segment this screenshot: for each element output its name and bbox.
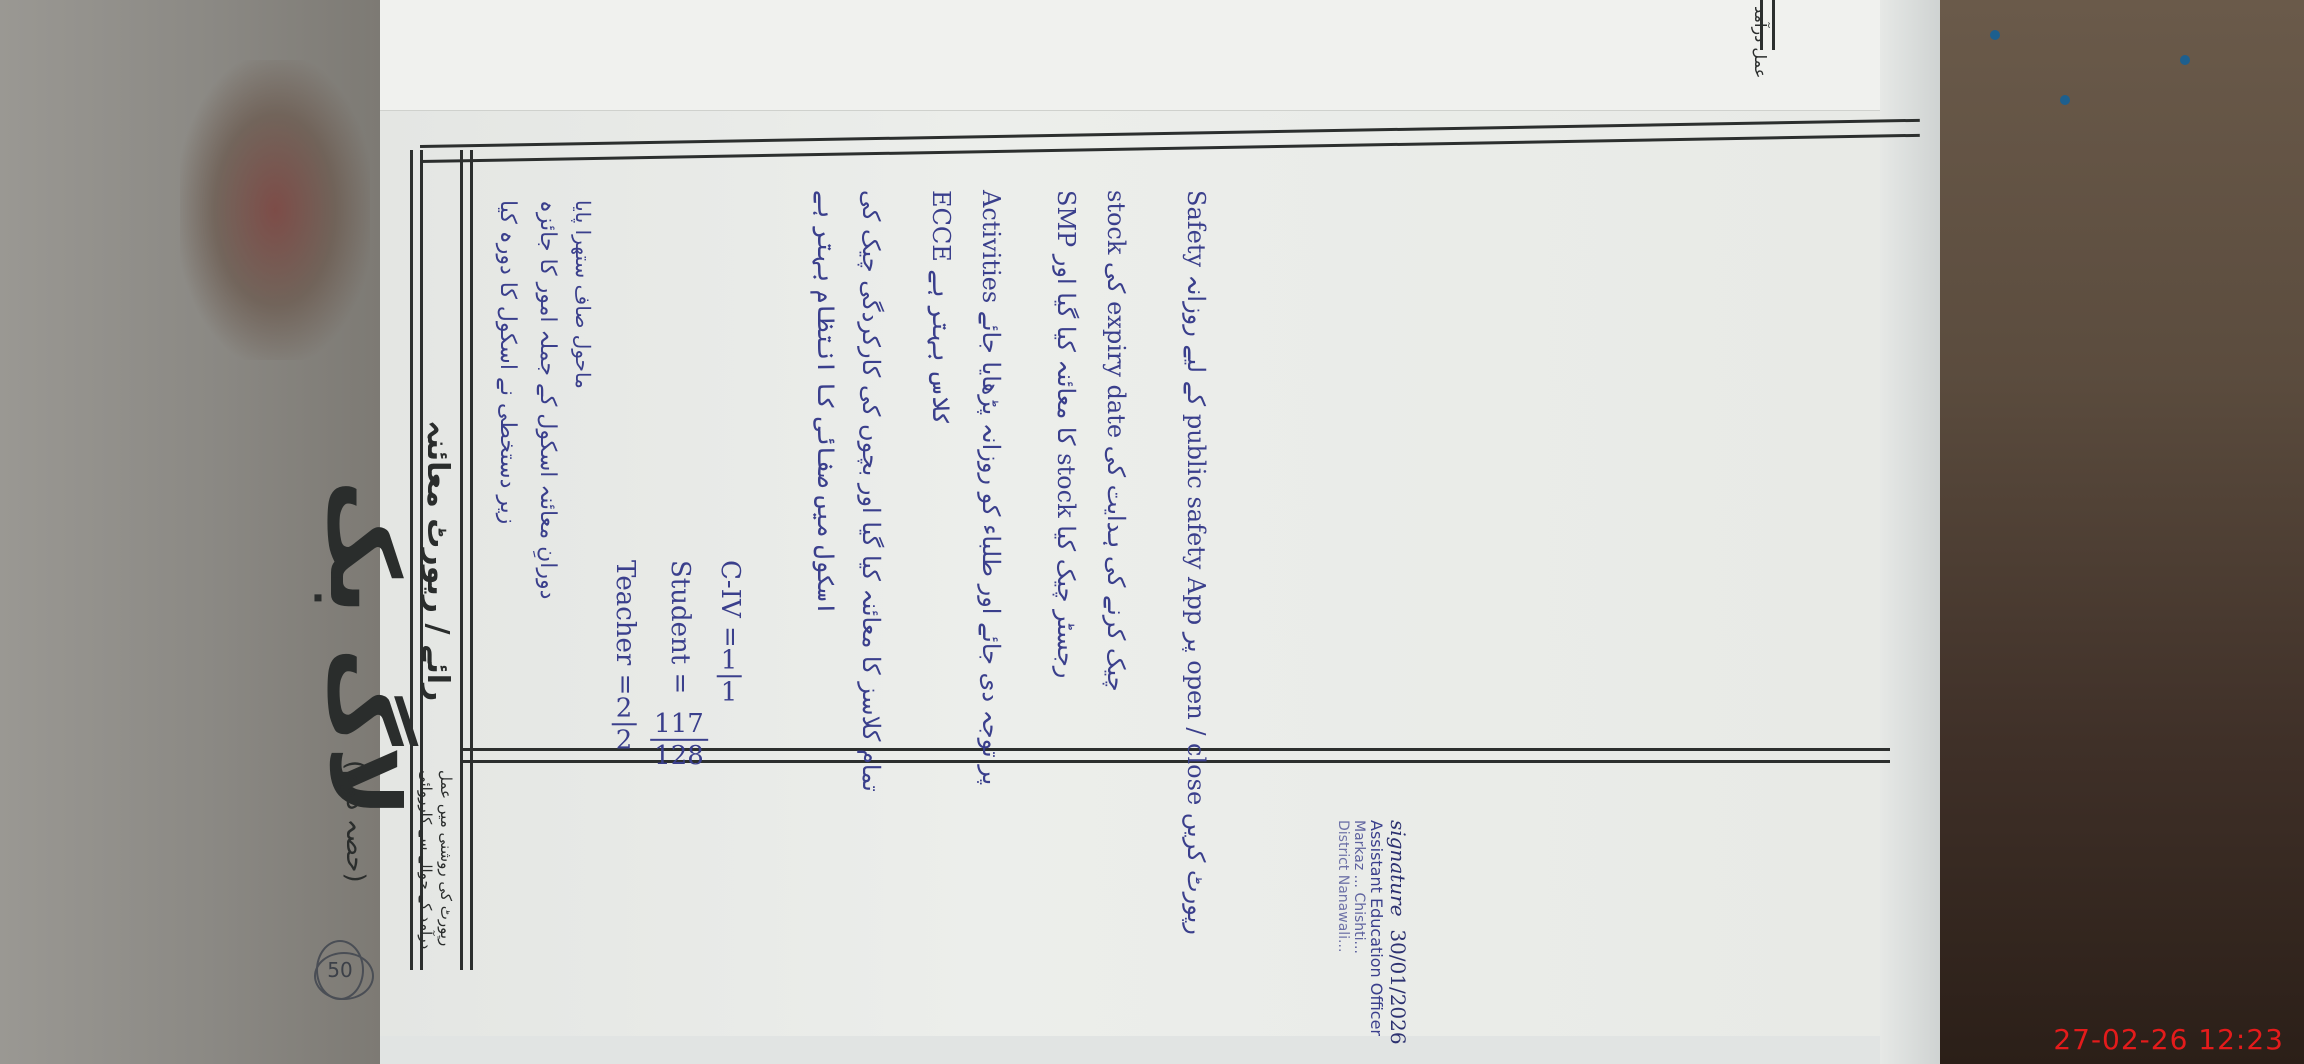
stamp-line-title: Assistant Education Officer: [1367, 820, 1386, 1045]
header-rule-inner: [460, 150, 463, 970]
header-rule-outer: [410, 150, 413, 970]
intro-line: دورانِ معائنہ اسکول کے جملہ امور کا جائز…: [535, 200, 560, 599]
paint-speck: [2060, 95, 2070, 105]
neighbor-page: عمل درآمد: [380, 0, 1880, 111]
stamp-date: 30/01/2026: [1386, 929, 1410, 1044]
attendance-teacher: Teacher = 22: [593, 560, 655, 736]
stamp-line-markaz: Markaz ... Chishti...: [1351, 820, 1367, 1045]
attendance-c4: C-IV = 11: [698, 560, 760, 689]
paint-speck: [2180, 55, 2190, 65]
table-rule-top: [420, 119, 1920, 148]
photo-timestamp: 27-02-26 12:23: [2053, 1023, 2284, 1056]
neighbor-rule: [1760, 0, 1763, 50]
intro-line: زیر دستخطی نے اسکول کا دورہ کیا: [495, 200, 520, 524]
intro-line: ماحول صاف ستھرا پایا: [571, 200, 595, 389]
column-header-report: رائے / رپورٹ معائنہ: [420, 420, 455, 701]
paint-speck: [1990, 30, 2000, 40]
header-rule-inner: [470, 150, 473, 970]
stamp-line-district: District Nanawali...: [1335, 820, 1351, 1045]
signature: signature: [1386, 820, 1410, 917]
officer-stamp: signature 30/01/2026 Assistant Education…: [1335, 820, 1410, 1045]
note-line: Activities پر توجہ دی جائے اور طلباء کو …: [977, 190, 1005, 785]
floor-stain: [180, 60, 370, 360]
note-line: ECCE کلاس بہتر ہے: [927, 190, 955, 425]
note-line: SMP کا معائنہ کیا گیا اور stock رجسٹر چی…: [1052, 190, 1080, 678]
note-line: تمام کلاسز کا معائنہ کیا گیا اور بچوں کی…: [857, 190, 885, 792]
book-page-edge: [1880, 0, 1940, 1064]
wooden-table-background: [1930, 0, 2304, 1064]
neighbor-rule: [1772, 0, 1775, 50]
note-line: stock کی expiry date چیک کرنے کی ہدایت ک…: [1102, 190, 1130, 692]
page-number: 50: [316, 940, 364, 1000]
table-rule-top: [420, 134, 1920, 163]
logbook-page: عمل درآمد 50 لاگ بک (حصہ دوم) رائے / رپو…: [380, 0, 1880, 1064]
column-header-action: رپورٹ کی روشنی میں عمل درآمد کے حوالے سے…: [416, 770, 455, 970]
note-line: Safety کے لیے روزانہ public safety App پ…: [1182, 190, 1210, 935]
note-line: اسکول میں صفائی کا انتظام بہتر ہے: [812, 190, 840, 615]
page-subtitle: (حصہ دوم): [340, 760, 370, 883]
page-bottom-edge: [380, 1036, 1880, 1064]
